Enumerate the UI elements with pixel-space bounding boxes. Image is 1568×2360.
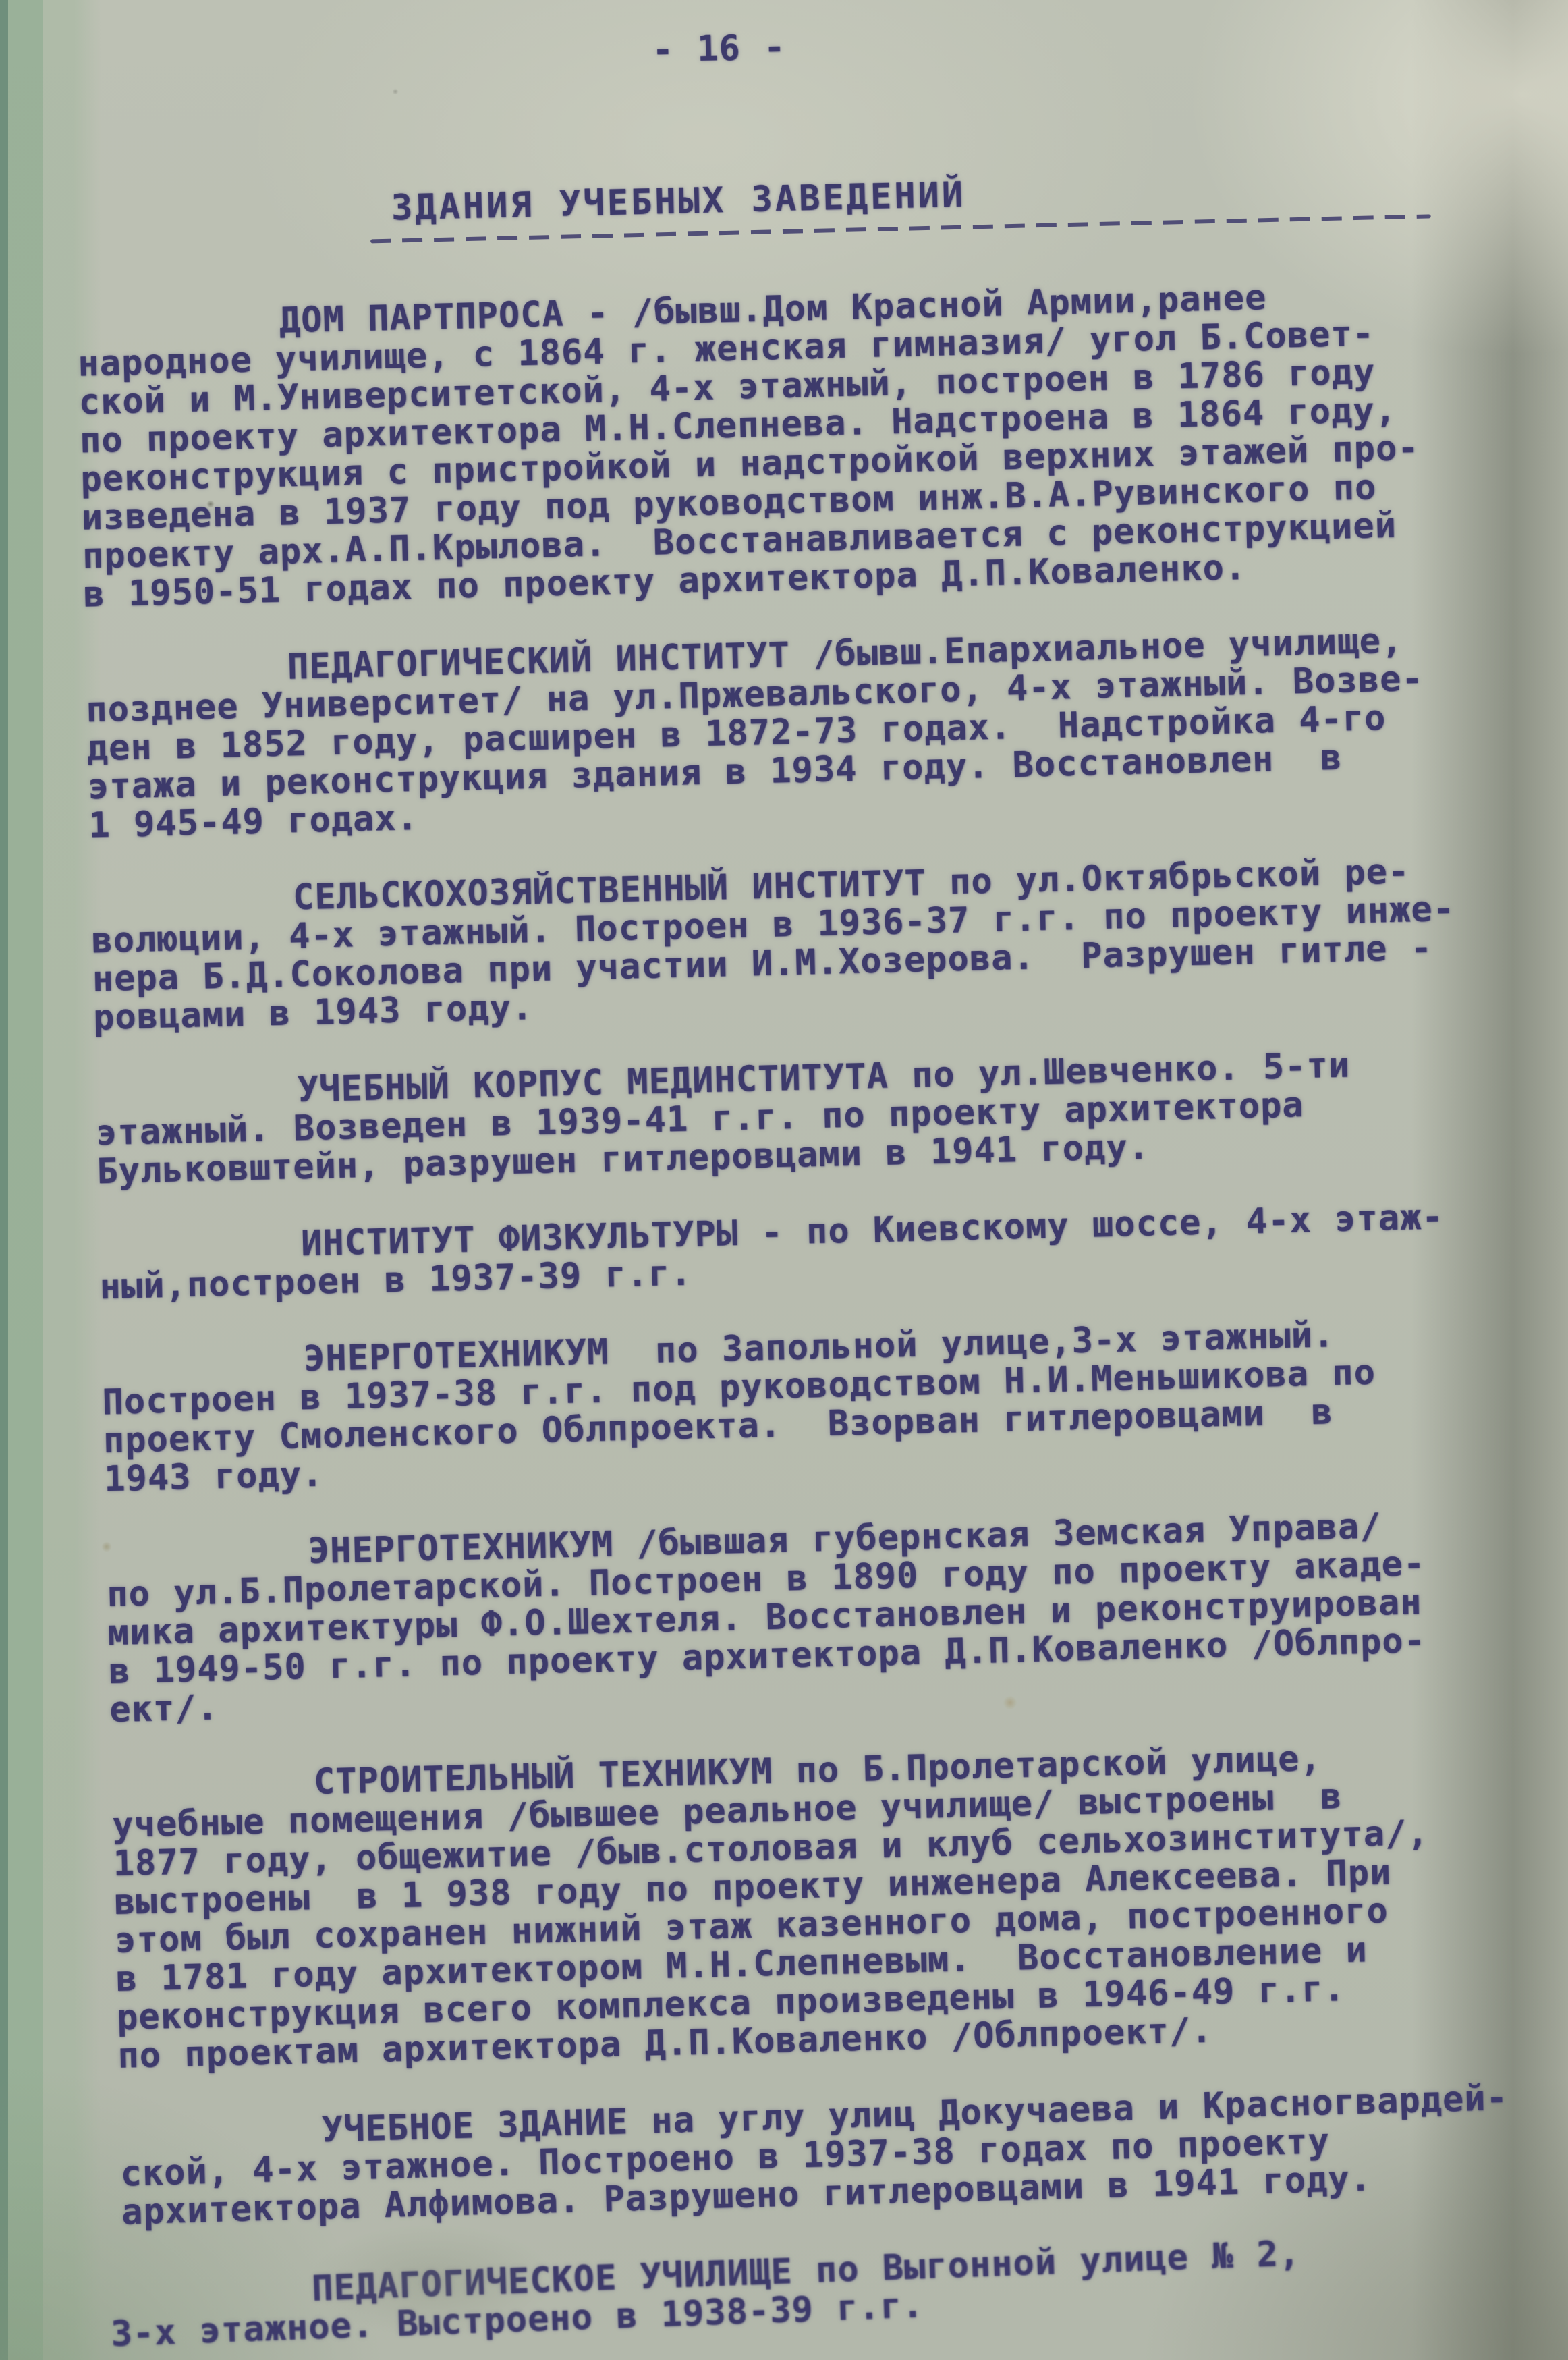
typewritten-content: - 16 - ЗДАНИЯ УЧЕБНЫХ ЗАВЕДЕНИЙ ДОМ ПАРТ…	[70, 12, 1521, 2345]
paragraph: ПЕДАГОГИЧЕСКИЙ ИНСТИТУТ /бывш.Епархиальн…	[84, 620, 1485, 846]
paragraph: СЕЛЬСКОХОЗЯЙСТВЕННЫЙ ИНСТИТУТ по ул.Октя…	[90, 851, 1490, 1038]
paragraph: ЭНЕРГОТЕХНИКУМ /бывшая губернская Земска…	[105, 1504, 1506, 1730]
paragraph: СТРОИТЕЛЬНЫЙ ТЕХНИКУМ по Б.Пролетарской …	[111, 1735, 1514, 2076]
paragraph: ЭНЕРГОТЕХНИКУМ по Запольной улице,3-х эт…	[101, 1313, 1501, 1500]
document-body: ДОМ ПАРТПРОСА - /бывш.Дом Красной Армии,…	[76, 274, 1521, 2345]
paragraph: ИНСТИТУТ ФИЗКУЛЬТУРЫ - по Киевскому шосс…	[99, 1197, 1496, 1307]
paragraph: ПЕДАГОГИЧЕСКОЕ УЧИЛИЩЕ по Выгонной улице…	[109, 2227, 1507, 2354]
paragraph: УЧЕБНОЕ ЗДАНИЕ на углу улиц Докучаева и …	[119, 2079, 1518, 2232]
scanned-document-page: - 16 - ЗДАНИЯ УЧЕБНЫХ ЗАВЕДЕНИЙ ДОМ ПАРТ…	[0, 0, 1568, 2360]
paragraph: ДОМ ПАРТПРОСА - /бывш.Дом Красной Армии,…	[76, 274, 1480, 615]
page-number: - 16 -	[652, 12, 1467, 70]
paragraph: УЧЕБНЫЙ КОРПУС МЕДИНСТИТУТА по ул.Шевчен…	[94, 1043, 1493, 1192]
